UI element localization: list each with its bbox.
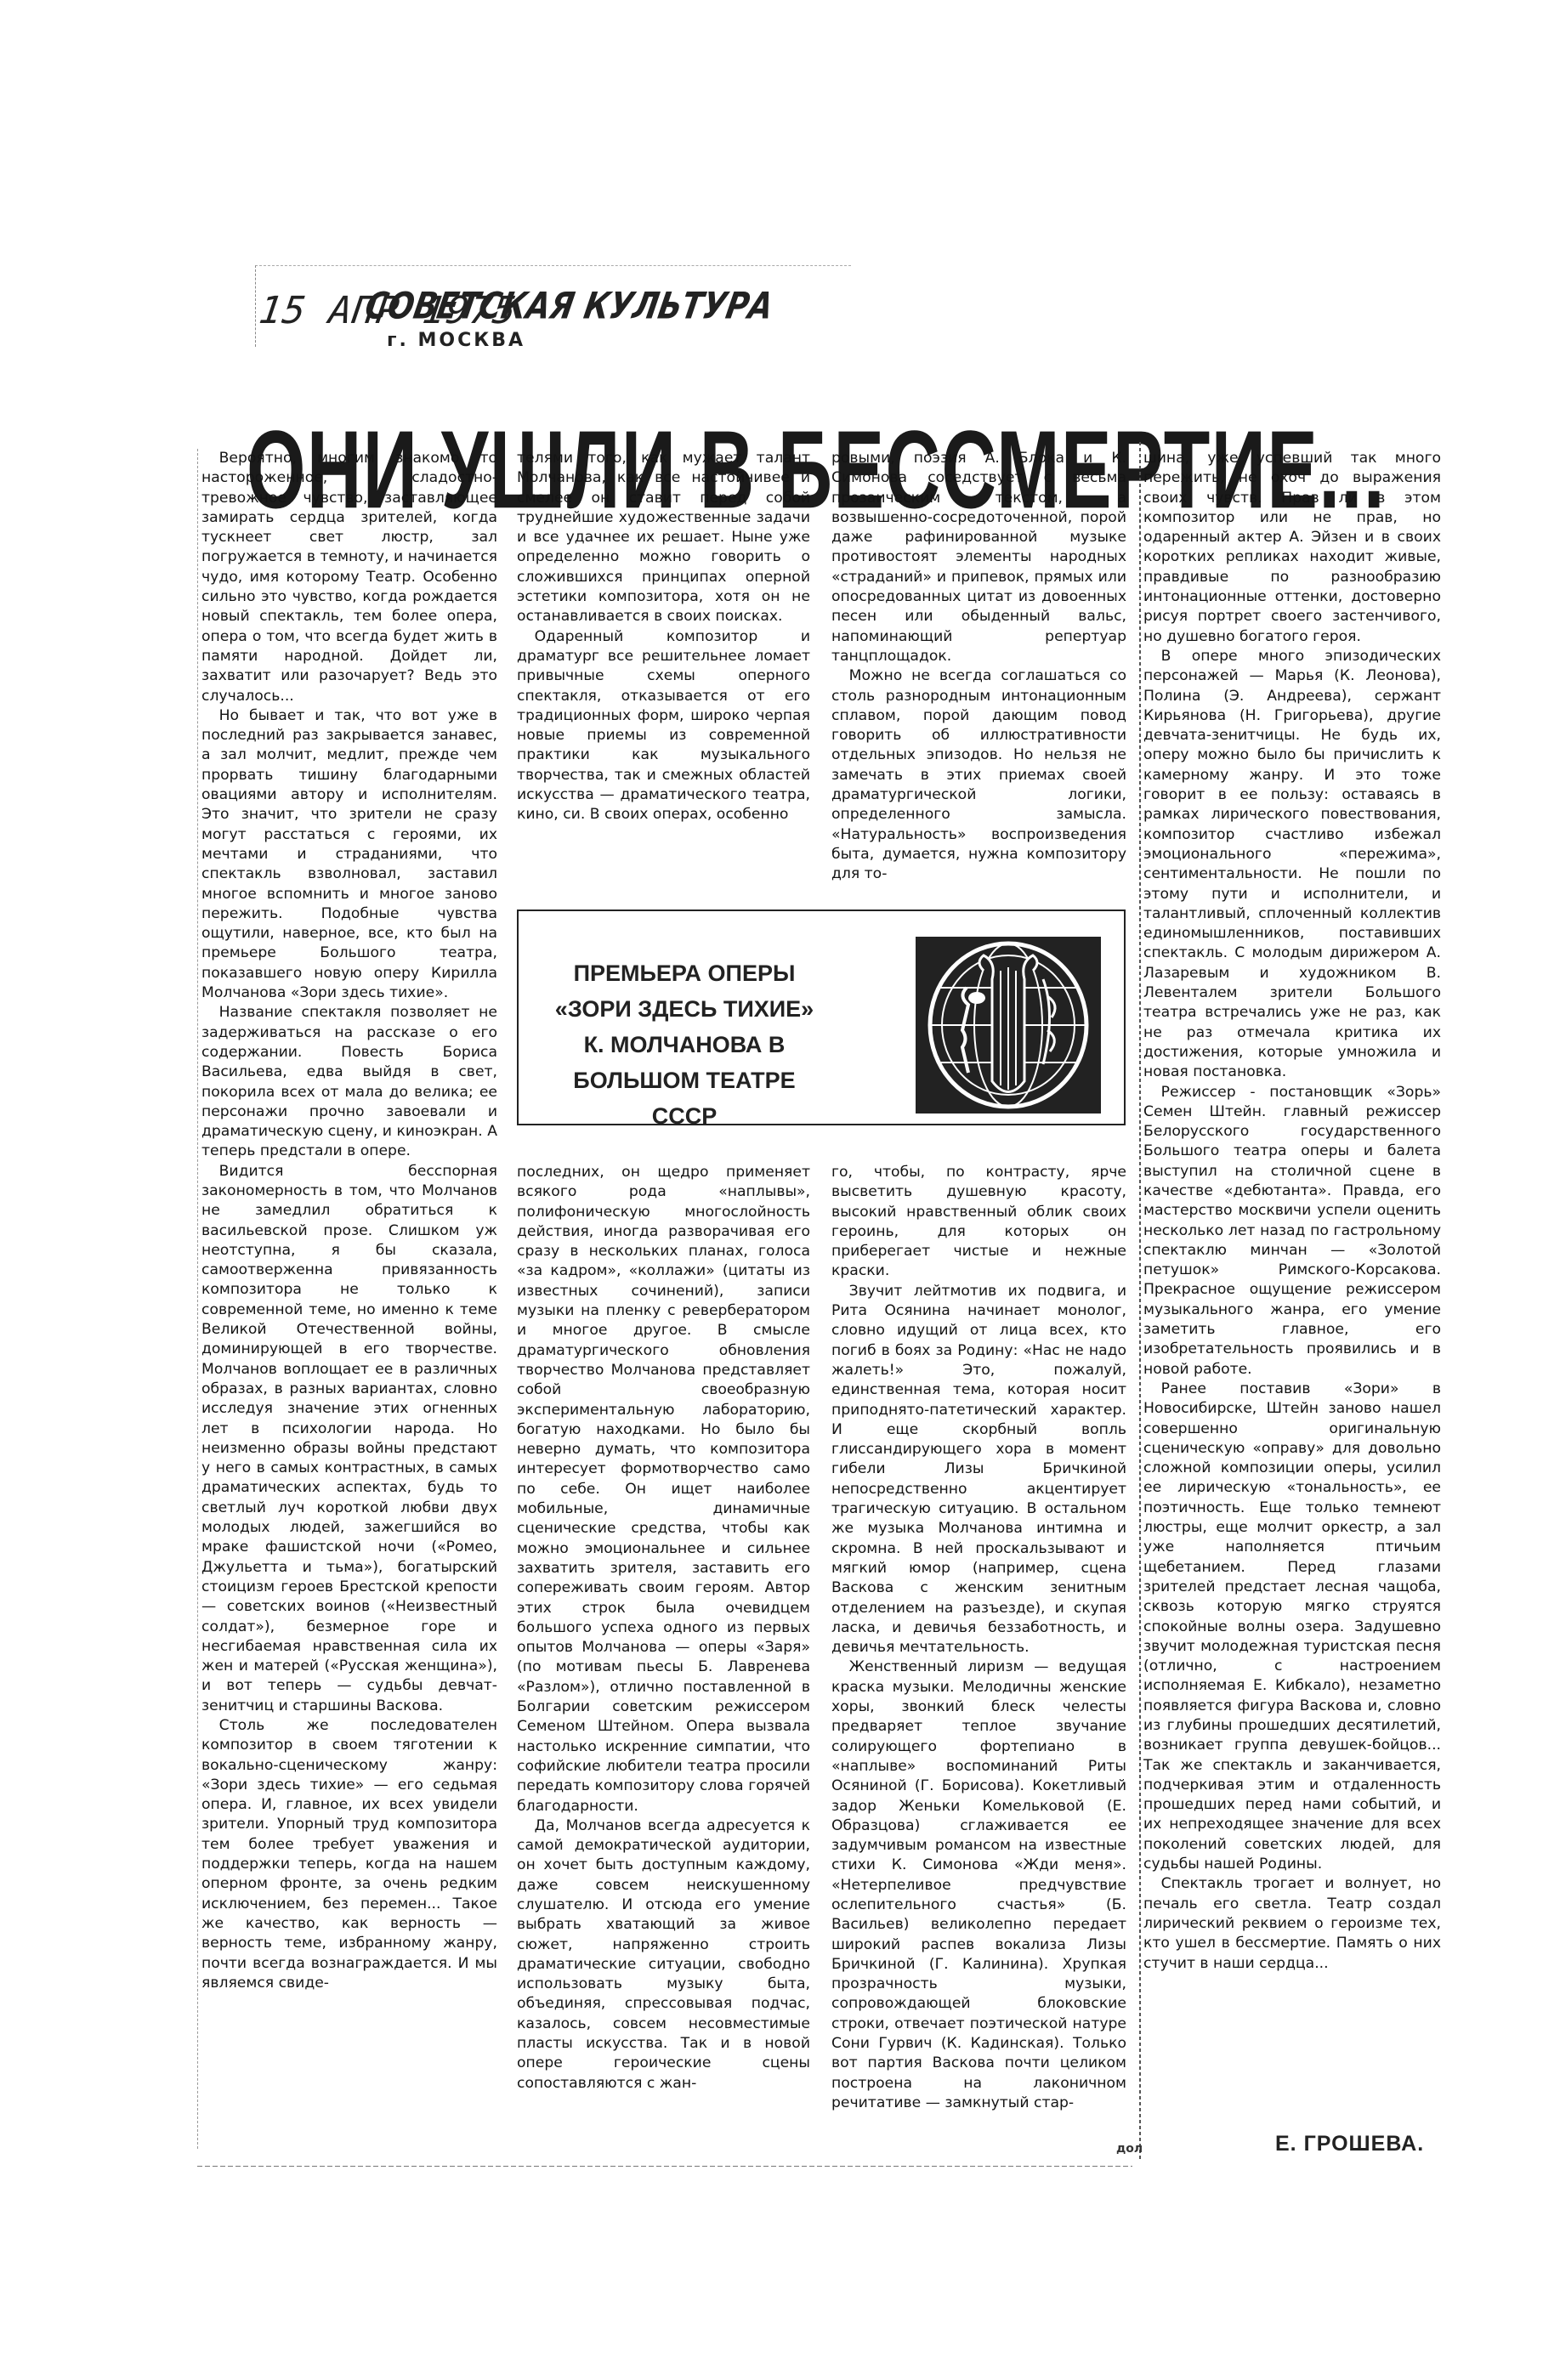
premiere-line: БОЛЬШОМ ТЕАТРЕ СССР	[544, 1062, 825, 1134]
paragraph: Видится бесспорная закономерность в том,…	[201, 1162, 497, 1716]
column-fold-divider	[1139, 442, 1141, 2159]
paragraph: шина, уже успевший так много пережить, н…	[1143, 449, 1441, 647]
bolshoi-emblem-icon	[916, 937, 1101, 1113]
margin-mark: дол	[1116, 2142, 1143, 2156]
premiere-announcement-text: ПРЕМЬЕРА ОПЕРЫ «ЗОРИ ЗДЕСЬ ТИХИЕ» К. МОЛ…	[544, 955, 825, 1134]
article-column-4: шина, уже успевший так много пережить, н…	[1143, 449, 1441, 1974]
clipping-bottom-edge	[197, 2166, 1132, 2167]
article-column-3-bottom: го, чтобы, по контрасту, ярче высветить …	[831, 1163, 1126, 2113]
article-column-1: Вероятно, многим знакомо то настороженно…	[197, 449, 497, 2149]
article-column-2-bottom: последних, он щедро применяет всякого ро…	[517, 1163, 810, 2094]
paragraph: го, чтобы, по контрасту, ярче высветить …	[831, 1163, 1126, 1282]
paragraph: последних, он щедро применяет всякого ро…	[517, 1163, 810, 1816]
premiere-line: К. МОЛЧАНОВА В	[544, 1027, 825, 1062]
paragraph: Звучит лейтмотив их подвига, и Рита Осян…	[831, 1282, 1126, 1658]
paragraph: Вероятно, многим знакомо то настороженно…	[201, 449, 497, 706]
paragraph: Столь же последователен композитор в сво…	[201, 1716, 497, 1993]
article-column-2-top: телями того, как мужает талант Молчанова…	[517, 449, 810, 825]
paragraph: Можно не всегда соглашаться со столь раз…	[831, 666, 1126, 884]
premiere-line: ПРЕМЬЕРА ОПЕРЫ	[544, 955, 825, 991]
author-signature: Е. ГРОШЕВА.	[1275, 2132, 1424, 2156]
paragraph: Одаренный композитор и драматург все реш…	[517, 627, 810, 825]
stamp-city: г. МОСКВА	[387, 330, 525, 351]
paragraph: ровыми, поэзия А. Блока и К. Симонова со…	[831, 449, 1126, 666]
article-column-3-top: ровыми, поэзия А. Блока и К. Симонова со…	[831, 449, 1126, 885]
paragraph: Режиссер - постановщик «Зорь» Семен Штей…	[1143, 1083, 1441, 1380]
paragraph: В опере много эпизодических персонажей —…	[1143, 647, 1441, 1083]
paragraph: Название спектакля позволяет не задержив…	[201, 1003, 497, 1161]
paragraph: Да, Молчанов всегда адресуется к самой д…	[517, 1816, 810, 2094]
paragraph: Но бывает и так, что вот уже в последний…	[201, 706, 497, 1003]
paragraph: телями того, как мужает талант Молчанова…	[517, 449, 810, 627]
paragraph: Спектакль трогает и волнует, но печаль е…	[1143, 1874, 1441, 1973]
stamp-newspaper-name: СОВЕТСКАЯ КУЛЬТУРА	[362, 286, 776, 327]
paragraph: Ранее поставив «Зори» в Новосибирске, Шт…	[1143, 1380, 1441, 1874]
premiere-announcement-box: ПРЕМЬЕРА ОПЕРЫ «ЗОРИ ЗДЕСЬ ТИХИЕ» К. МОЛ…	[517, 909, 1126, 1125]
premiere-line: «ЗОРИ ЗДЕСЬ ТИХИЕ»	[544, 991, 825, 1027]
paragraph: Женственный лиризм — ведущая краска музы…	[831, 1657, 1126, 2113]
